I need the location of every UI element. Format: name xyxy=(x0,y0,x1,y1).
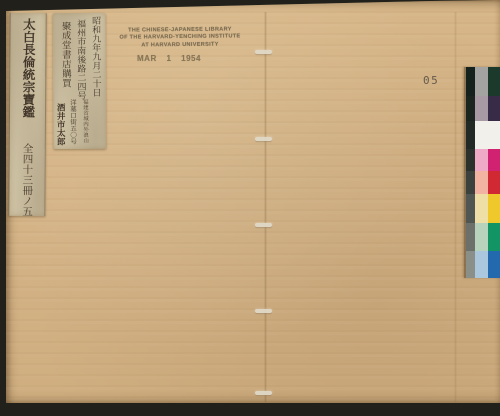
color-patch-pastel xyxy=(475,67,488,96)
color-patch-saturated xyxy=(488,67,500,96)
title-slip: 太白長倫統宗寶鑑 全四十三冊ノ五 xyxy=(8,13,46,216)
color-patch-grayscale xyxy=(466,194,475,223)
library-stamp-line3: AT HARVARD UNIVERSITY xyxy=(118,41,242,50)
color-patch-pastel xyxy=(475,251,488,278)
volume-note: 全四十三冊ノ五 xyxy=(21,137,34,217)
library-stamp: THE CHINESE-JAPANESE LIBRARY OF THE HARV… xyxy=(118,26,242,50)
book-title: 太白長倫統宗寶鑑 xyxy=(21,18,37,118)
color-calibration-bar xyxy=(464,67,500,278)
binding-stitch xyxy=(255,309,272,313)
color-patch-saturated xyxy=(488,96,500,121)
purchase-slip: 昭和九年九月二十日 福州市南後路二四号 聚成堂書店購買 福建省城内外浪山 洋墓口… xyxy=(53,13,107,149)
owner-name-column: 酒井市太郎 xyxy=(55,103,64,146)
color-patch-grayscale xyxy=(466,67,475,96)
color-patch-saturated xyxy=(488,251,500,278)
binding-stitch xyxy=(255,223,272,227)
color-patch-saturated xyxy=(488,149,500,171)
color-patch-grayscale xyxy=(466,149,475,171)
color-patch-grayscale xyxy=(466,121,475,149)
title-column: 太白長倫統宗寶鑑 全四十三冊ノ五 xyxy=(18,18,36,217)
fore-edge-crease xyxy=(454,12,457,402)
color-patch-grayscale xyxy=(466,251,475,278)
photo-background: 太白長倫統宗寶鑑 全四十三冊ノ五 昭和九年九月二十日 福州市南後路二四号 聚成堂… xyxy=(0,0,500,416)
color-patch-pastel xyxy=(475,121,488,149)
binding-stitch xyxy=(255,50,272,54)
purchase-date-column: 昭和九年九月二十日 xyxy=(90,16,100,97)
color-patch-grayscale xyxy=(466,171,475,194)
color-patch-saturated xyxy=(488,194,500,223)
color-patch-grayscale xyxy=(466,96,475,121)
purchase-address-column: 福州市南後路二四号 xyxy=(75,19,85,100)
bookstore-column: 聚成堂書店購買 xyxy=(60,21,70,88)
binding-stitch xyxy=(255,391,272,395)
sequence-number: 05 xyxy=(423,74,439,87)
street-note-column: 洋墓口街五〇号 xyxy=(69,99,76,145)
color-patch-pastel xyxy=(475,149,488,171)
date-stamp: MAR 1 1954 xyxy=(137,54,201,63)
color-patch-pastel xyxy=(475,171,488,194)
spine-crease xyxy=(264,12,267,402)
color-patch-pastel xyxy=(475,194,488,223)
color-patch-saturated xyxy=(488,121,500,149)
color-patch-pastel xyxy=(475,96,488,121)
color-patch-grayscale xyxy=(466,223,475,251)
color-patch-saturated xyxy=(488,223,500,251)
color-patch-pastel xyxy=(475,223,488,251)
binding-stitch xyxy=(255,137,272,141)
color-patch-saturated xyxy=(488,171,500,194)
province-note-column: 福建省城内外浪山 xyxy=(81,99,87,143)
